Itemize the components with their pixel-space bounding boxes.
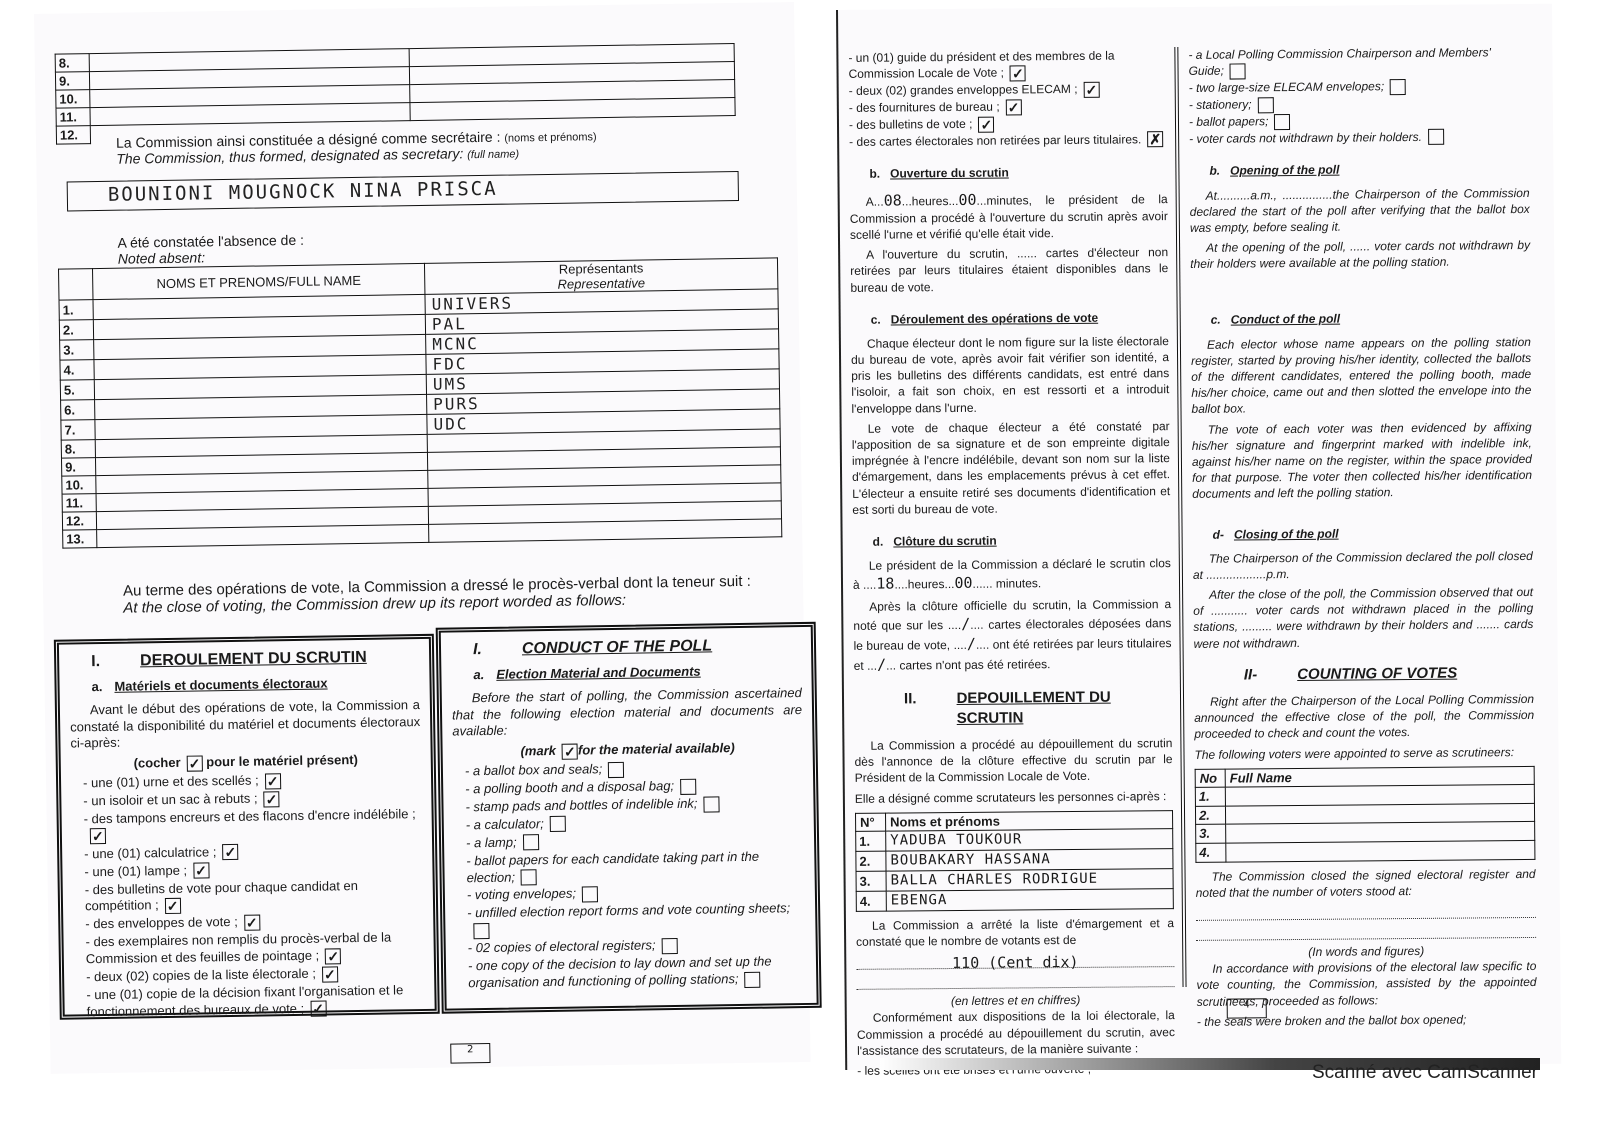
cell-name[interactable] bbox=[1226, 840, 1535, 861]
check-icon: ✓ bbox=[186, 755, 202, 771]
checklist-item: un (01) guide du président et des membre… bbox=[848, 47, 1166, 83]
scrutineers-table-en: NoFull Name 1.2.3.4. bbox=[1195, 766, 1536, 863]
page-number: 2 bbox=[450, 1043, 490, 1064]
camscanner-watermark: Scanné avec CamScanner bbox=[1312, 1062, 1538, 1084]
checkbox[interactable]: ✓ bbox=[1083, 82, 1099, 98]
cell-name[interactable] bbox=[97, 524, 429, 547]
checkbox[interactable] bbox=[523, 835, 539, 851]
scrutineers-table-fr: N°Noms et prénoms 1.YADUBA TOUKOUR2.BOUB… bbox=[855, 810, 1174, 912]
checkbox[interactable] bbox=[680, 778, 696, 794]
row-number: 3. bbox=[1196, 825, 1226, 844]
row-number: 7. bbox=[61, 420, 95, 441]
table-row: 1.YADUBA TOUKOUR bbox=[856, 829, 1173, 852]
materials-checklist-en-cont: a Local Polling Commission Chairperson a… bbox=[1188, 44, 1529, 147]
row-number: 2. bbox=[856, 851, 886, 871]
closing-hour-field[interactable]: 18 bbox=[876, 575, 894, 593]
row-number: 5. bbox=[60, 380, 94, 401]
checkbox[interactable]: ✗ bbox=[1147, 131, 1163, 147]
closing-minutes-field[interactable]: 00 bbox=[954, 574, 972, 592]
page-number: 4 bbox=[1227, 998, 1267, 1018]
cell-name[interactable]: BOUBAKARY HASSANA bbox=[886, 849, 1173, 871]
materials-checklist-fr: une (01) urne et des scellés ;✓un isoloi… bbox=[71, 770, 425, 1021]
row-number: 1. bbox=[1195, 788, 1225, 807]
table-row: 3.BALLA CHARLES RODRIGUE bbox=[856, 869, 1173, 892]
cell-name[interactable]: BALLA CHARLES RODRIGUE bbox=[886, 869, 1173, 891]
section-title: DEROULEMENT DU SCRUTIN bbox=[140, 648, 367, 672]
checklist-item: des tampons encreurs et des flacons d'en… bbox=[84, 806, 422, 845]
checkbox[interactable]: ✓ bbox=[310, 1001, 326, 1017]
table-row: 4.EBENGA bbox=[856, 889, 1173, 912]
checklist-item: des exemplaires non remplis du procès-ve… bbox=[85, 929, 423, 968]
checklist-item: des bulletins de vote pour chaque candid… bbox=[85, 877, 423, 916]
row-number: 2. bbox=[59, 320, 93, 341]
checkbox[interactable]: ✓ bbox=[265, 773, 281, 789]
checkbox[interactable] bbox=[1230, 63, 1246, 79]
checkbox[interactable] bbox=[744, 971, 760, 987]
table-row: 2.BOUBAKARY HASSANA bbox=[856, 849, 1173, 872]
right-page: un (01) guide du président et des membre… bbox=[836, 4, 1561, 1070]
secretary-label: La Commission ainsi constituée a désigné… bbox=[116, 127, 597, 167]
left-page: 8. 9. 10. 11. 12. La Commission ainsi co… bbox=[34, 2, 811, 1074]
checkbox[interactable]: ✓ bbox=[322, 966, 338, 982]
voters-count-field[interactable]: 110 (Cent dix) bbox=[856, 951, 1174, 970]
row-number: 13. bbox=[63, 530, 97, 549]
row-number: 1. bbox=[59, 300, 93, 321]
row-number: 3. bbox=[856, 871, 886, 891]
row-number: 1. bbox=[856, 831, 886, 851]
checklist-item: one copy of the decision to lay down and… bbox=[468, 953, 806, 992]
section-title: CONDUCT OF THE POLL bbox=[522, 636, 713, 660]
checkbox[interactable] bbox=[473, 923, 489, 939]
checklist-item: des cartes électorales non retirées par … bbox=[849, 131, 1167, 151]
opening-hour-field[interactable]: 08 bbox=[884, 191, 902, 209]
table-row: 4. bbox=[1196, 840, 1535, 862]
checkbox[interactable] bbox=[661, 938, 677, 954]
checkbox[interactable] bbox=[550, 816, 566, 832]
secretary-name-field[interactable]: BOUNIONI MOUGNOCK NINA PRISCA bbox=[67, 171, 739, 212]
row-number: 4. bbox=[856, 891, 886, 911]
row-number: 6. bbox=[61, 400, 95, 421]
report-intro: Au terme des opérations de vote, la Comm… bbox=[123, 573, 751, 617]
materials-checklist-fr-cont: un (01) guide du président et des membre… bbox=[848, 47, 1167, 150]
check-icon: ✓ bbox=[562, 743, 578, 759]
checkbox[interactable] bbox=[703, 796, 719, 812]
section-deroulement-fr: I.DEROULEMENT DU SCRUTIN a.Matériels et … bbox=[54, 634, 440, 1020]
checkbox[interactable] bbox=[608, 762, 624, 778]
checkbox[interactable]: ✓ bbox=[978, 116, 994, 132]
materials-checklist-en: a ballot box and seals;a polling booth a… bbox=[453, 758, 807, 992]
checkbox[interactable]: ✓ bbox=[1006, 99, 1022, 115]
checklist-item: a Local Polling Commission Chairperson a… bbox=[1188, 44, 1528, 80]
checklist-item: unfilled election report forms and vote … bbox=[467, 900, 805, 939]
row-number: 4. bbox=[1196, 843, 1226, 862]
checkbox[interactable]: ✓ bbox=[244, 915, 260, 931]
opening-minutes-field[interactable]: 00 bbox=[958, 190, 976, 208]
column-fr: un (01) guide du président et des membre… bbox=[848, 47, 1186, 990]
cell-name[interactable]: EBENGA bbox=[886, 889, 1173, 911]
row-number: 12. bbox=[62, 512, 96, 531]
row-number: 2. bbox=[1195, 806, 1225, 825]
checkbox[interactable] bbox=[582, 886, 598, 902]
checkbox[interactable]: ✓ bbox=[325, 948, 341, 964]
row-number: 8. bbox=[61, 440, 95, 459]
checkbox[interactable] bbox=[521, 869, 537, 885]
checkbox[interactable] bbox=[1274, 114, 1290, 130]
checklist-item: voter cards not withdrawn by their holde… bbox=[1189, 127, 1529, 147]
checkbox[interactable] bbox=[1257, 97, 1273, 113]
checkbox[interactable] bbox=[1428, 129, 1444, 145]
row-number: 9. bbox=[61, 458, 95, 477]
row-number: 11. bbox=[62, 494, 96, 513]
checkbox[interactable]: ✓ bbox=[165, 898, 181, 914]
column-en: a Local Polling Commission Chairperson a… bbox=[1188, 44, 1537, 1030]
checklist-item: ballot papers for each candidate taking … bbox=[466, 848, 804, 887]
checklist-item: une (01) copie de la décision fixant l'o… bbox=[86, 982, 424, 1021]
voters-count-field-en[interactable] bbox=[1196, 902, 1536, 921]
section-conduct-en: I.CONDUCT OF THE POLL a.Election Materia… bbox=[436, 622, 822, 1014]
checkbox[interactable] bbox=[1390, 79, 1406, 95]
absent-table: NOMS ET PRENOMS/FULL NAME ReprésentantsR… bbox=[58, 257, 782, 548]
checkbox[interactable]: ✓ bbox=[1010, 65, 1026, 81]
checkbox[interactable]: ✓ bbox=[222, 844, 238, 860]
row-number: 3. bbox=[60, 340, 94, 361]
cell-name[interactable]: YADUBA TOUKOUR bbox=[886, 829, 1173, 851]
row-number: 10. bbox=[62, 476, 96, 495]
row-number: 4. bbox=[60, 360, 94, 381]
checkbox[interactable]: ✓ bbox=[90, 828, 106, 844]
cards-deposited-field[interactable]: / bbox=[961, 615, 970, 633]
checkbox[interactable]: ✓ bbox=[193, 863, 209, 879]
checkbox[interactable]: ✓ bbox=[263, 791, 279, 807]
absent-label: A été constatée l'absence de : Noted abs… bbox=[117, 232, 304, 267]
